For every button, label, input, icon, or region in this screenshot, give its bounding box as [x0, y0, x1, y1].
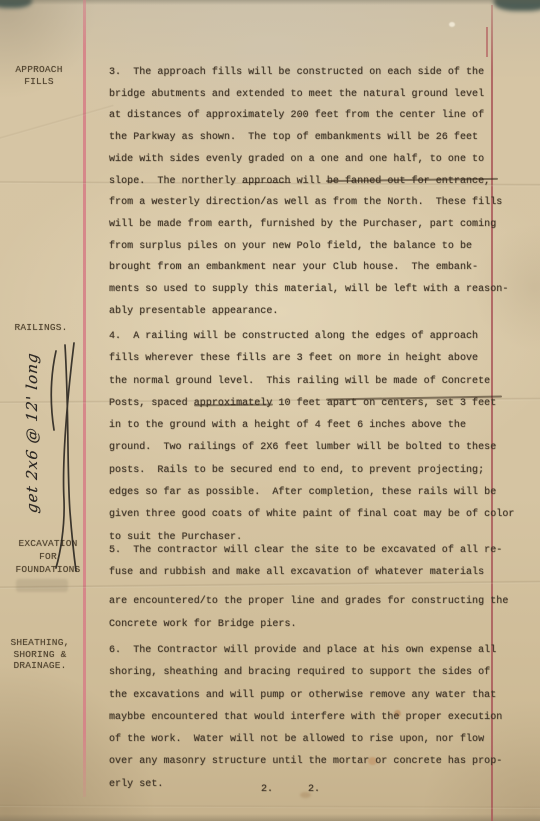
scanned-document-page: APPROACH FILLS 3. The approach fills wil…	[0, 0, 540, 821]
paper-speck	[449, 22, 455, 27]
underline-mark-approach	[242, 182, 291, 184]
paper-top-edge-shadow	[0, 0, 540, 5]
fold-crease	[0, 104, 114, 143]
pen-bracket-stroke	[0, 330, 100, 580]
paragraph-4-railings: 4. A railing will be constructed along t…	[109, 326, 514, 549]
right-margin-rule-tick	[486, 27, 488, 57]
paragraph-6-sheathing: 6. The Contractor will provide and place…	[109, 640, 502, 796]
paragraph-5-excavation: 5. The contractor will clear the site to…	[109, 540, 502, 584]
margin-label-approach-fills: APPROACH FILLS	[6, 64, 72, 87]
paragraph-3-approach-fills: 3. The approach fills will be constructe…	[109, 62, 508, 322]
fold-crease	[0, 804, 540, 809]
paper-bottom-edge-shadow	[0, 814, 540, 821]
page-number-left: 2.	[261, 784, 273, 795]
page-number-right: 2.	[308, 784, 320, 795]
paragraph-5-excavation-continued: are encountered/to the proper line and g…	[109, 590, 508, 636]
erased-text-smudge	[16, 579, 68, 592]
margin-label-sheathing-shoring-drainage: SHEATHING, SHORING & DRAINAGE.	[3, 637, 77, 672]
